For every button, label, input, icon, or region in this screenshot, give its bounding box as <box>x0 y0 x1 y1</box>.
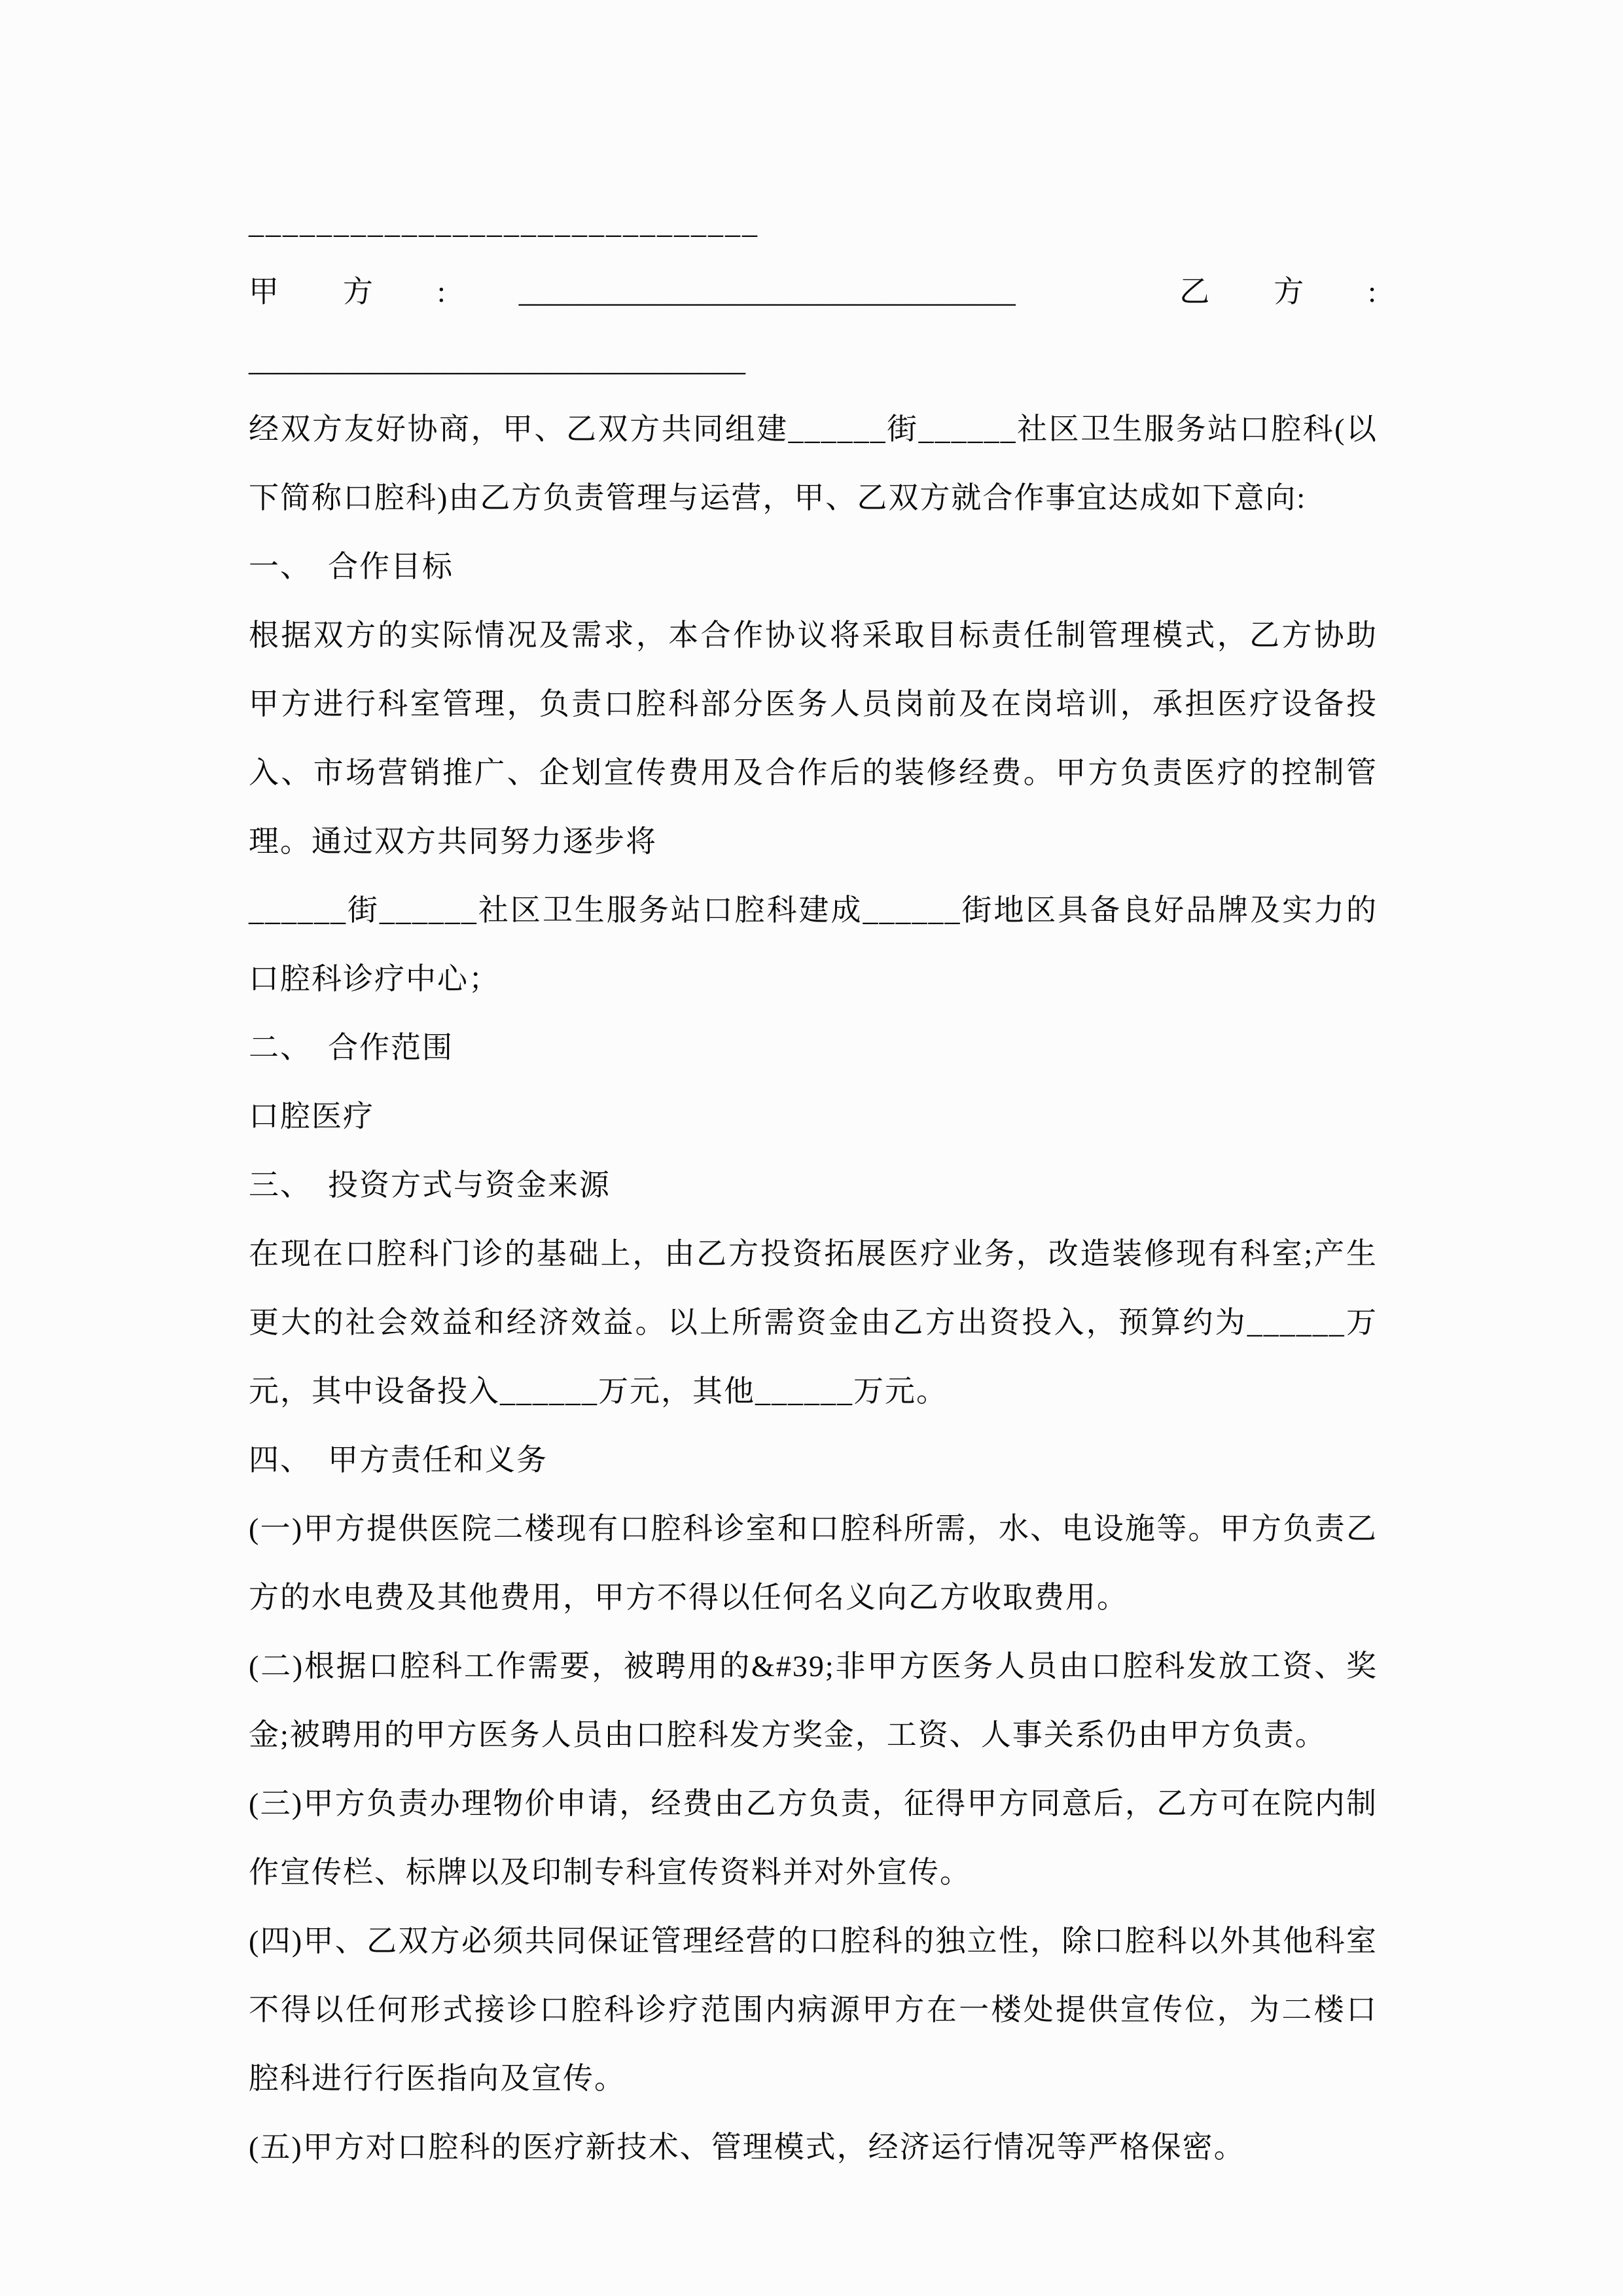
party-row: 甲 方 :_________________________________ 乙… <box>249 257 1378 326</box>
document-page: ______________________________ 甲 方 :____… <box>0 0 1623 2296</box>
paragraph-duty-3: (三)甲方负责办理物价申请，经费由乙方负责，征得甲方同意后，乙方可在院内制作宣传… <box>249 1769 1378 1907</box>
section-heading-cooperation-scope: 二、 合作范围 <box>249 1013 1378 1082</box>
party-a: 甲 方 :_________________________________ <box>249 257 1016 326</box>
paragraph-intro: 经双方友好协商，甲、乙双方共同组建______街______社区卫生服务站口腔科… <box>249 395 1378 532</box>
paragraph-goal-body-2: ______街______社区卫生服务站口腔科建成______街地区具备良好品牌… <box>249 876 1378 1013</box>
paragraph-duty-5: (五)甲方对口腔科的医疗新技术、管理模式，经济运行情况等严格保密。 <box>249 2113 1378 2181</box>
section-heading-investment: 三、 投资方式与资金来源 <box>249 1151 1378 1219</box>
paragraph-duty-4: (四)甲、乙双方必须共同保证管理经营的口腔科的独立性，除口腔科以外其他科室不得以… <box>249 1907 1378 2113</box>
section-heading-cooperation-goal: 一、 合作目标 <box>249 532 1378 601</box>
top-divider: ______________________________ <box>249 188 1378 257</box>
paragraph-goal-body-1: 根据双方的实际情况及需求，本合作协议将采取目标责任制管理模式，乙方协助甲方进行科… <box>249 601 1378 876</box>
party-b-blank: _________________________________ <box>249 326 1378 395</box>
paragraph-duty-2: (二)根据口腔科工作需要，被聘用的&#39;非甲方医务人员由口腔科发放工资、奖金… <box>249 1632 1378 1769</box>
paragraph-scope-body: 口腔医疗 <box>249 1082 1378 1151</box>
paragraph-duty-1: (一)甲方提供医院二楼现有口腔科诊室和口腔科所需，水、电设施等。甲方负责乙方的水… <box>249 1494 1378 1632</box>
party-a-blank: _________________________________ <box>519 275 1016 308</box>
paragraph-investment-body: 在现在口腔科门诊的基础上，由乙方投资拓展医疗业务，改造装修现有科室;产生更大的社… <box>249 1219 1378 1426</box>
party-a-label: 甲 方 : <box>249 275 447 308</box>
section-heading-party-a-duties: 四、 甲方责任和义务 <box>249 1426 1378 1494</box>
party-b-label: 乙 方 : <box>1179 257 1378 326</box>
